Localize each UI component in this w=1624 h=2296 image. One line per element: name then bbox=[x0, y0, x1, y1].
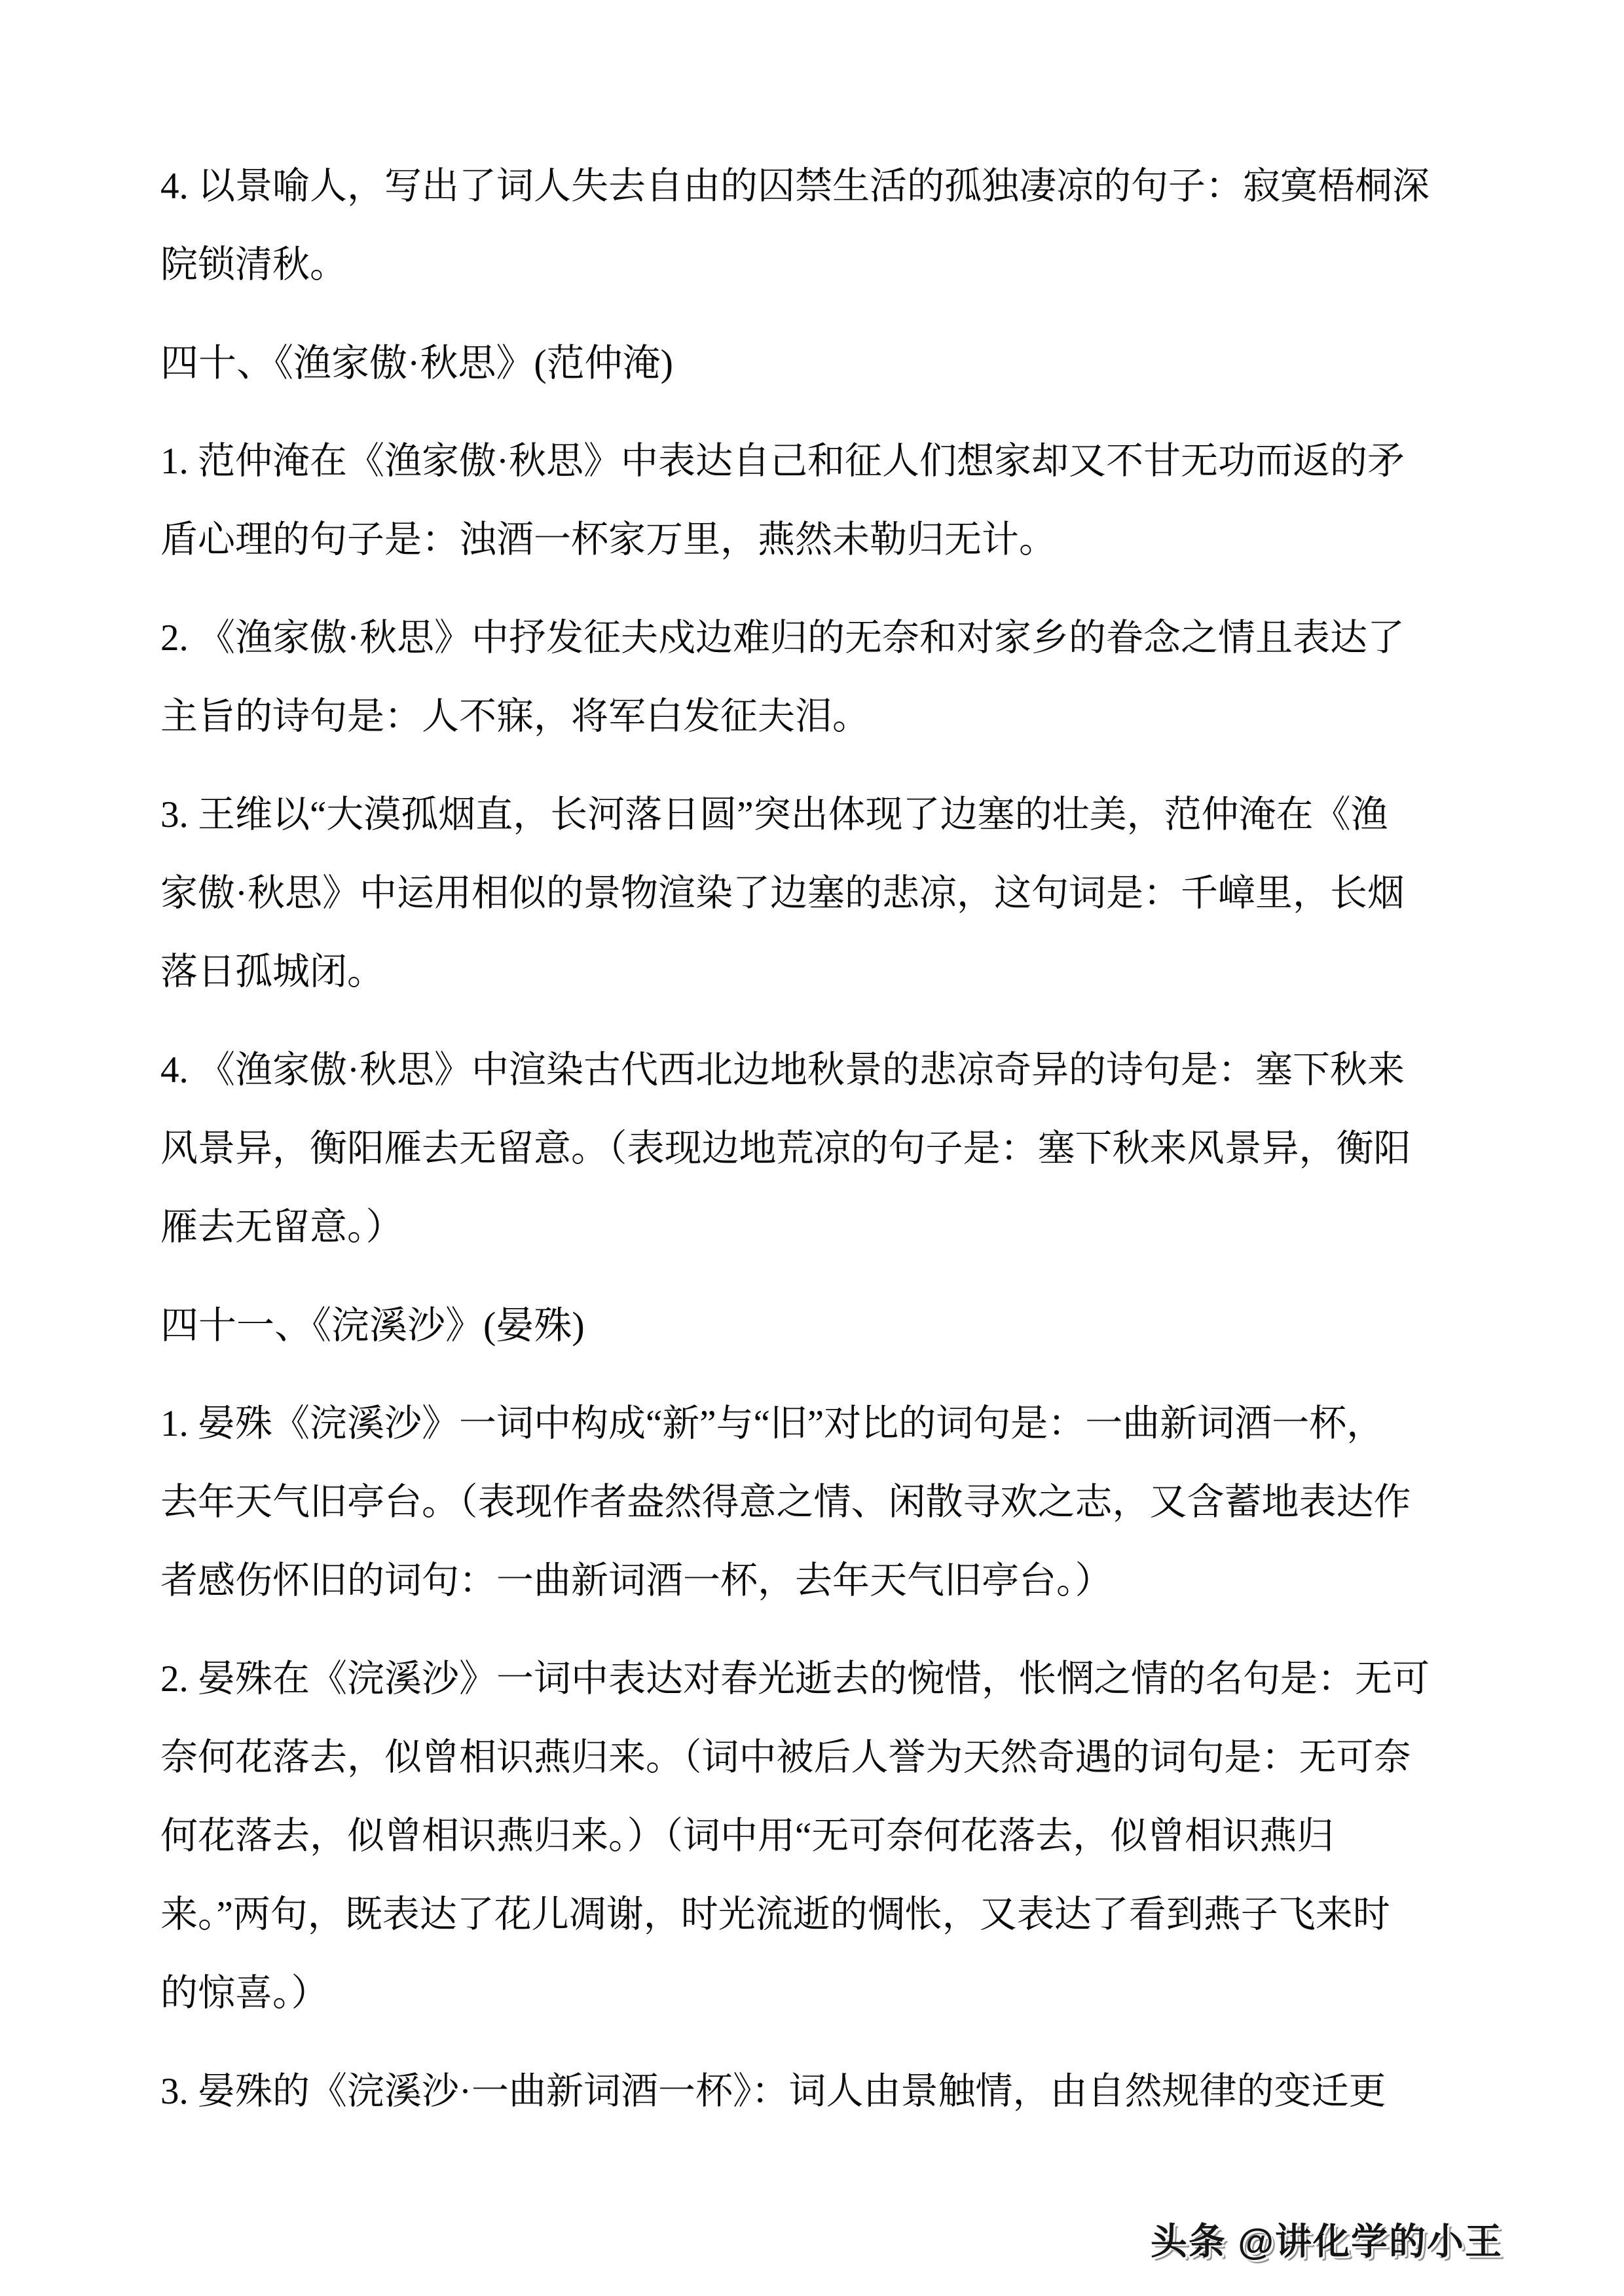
text-line: 主旨的诗句是：人不寐，将军白发征夫泪。 bbox=[160, 678, 1470, 756]
document-body: 4. 以景喻人，写出了词人失去自由的囚禁生活的孤独凄凉的句子：寂寞梧桐深 院锁清… bbox=[160, 147, 1470, 2151]
paragraph-item-3-yujiaao: 3. 王维以“大漠孤烟直，长河落日圆”突出体现了边塞的壮美，范仲淹在《渔 家傲·… bbox=[160, 776, 1470, 1011]
paragraph-item-3-huanxisha: 3. 晏殊的《浣溪沙·一曲新词酒一杯》：词人由景触情，由自然规律的变迁更 bbox=[160, 2052, 1470, 2131]
text-line: 2. 《渔家傲·秋思》中抒发征夫戍边难归的无奈和对家乡的眷念之情且表达了 bbox=[160, 599, 1470, 678]
text-line: 来。”两句，既表达了花儿凋谢，时光流逝的惆怅，又表达了看到燕子飞来时 bbox=[160, 1876, 1470, 1954]
toutiao-watermark: 头条 @讲化学的小王 bbox=[1151, 2213, 1503, 2265]
text-line: 4. 《渔家傲·秋思》中渲染古代西北边地秋景的悲凉奇异的诗句是：塞下秋来 bbox=[160, 1031, 1470, 1110]
text-line: 3. 王维以“大漠孤烟直，长河落日圆”突出体现了边塞的壮美，范仲淹在《渔 bbox=[160, 776, 1470, 854]
text-line: 盾心理的句子是：浊酒一杯家万里，燕然未勒归无计。 bbox=[160, 501, 1470, 579]
heading-line: 四十一、《浣溪沙》(晏殊) bbox=[160, 1286, 1470, 1365]
paragraph-item-2-yujiaao: 2. 《渔家傲·秋思》中抒发征夫戍边难归的无奈和对家乡的眷念之情且表达了 主旨的… bbox=[160, 599, 1470, 756]
text-line: 奈何花落去，似曾相识燕归来。（词中被后人誉为天然奇遇的词句是：无可奈 bbox=[160, 1719, 1470, 1797]
text-line: 雁去无留意。） bbox=[160, 1188, 1470, 1267]
text-line: 何花落去，似曾相识燕归来。）（词中用“无可奈何花落去，似曾相识燕归 bbox=[160, 1797, 1470, 1876]
text-line: 者感伤怀旧的词句：一曲新词酒一杯，去年天气旧亭台。） bbox=[160, 1542, 1470, 1620]
text-line: 1. 晏殊《浣溪沙》一词中构成“新”与“旧”对比的词句是：一曲新词酒一杯， bbox=[160, 1385, 1470, 1463]
section-heading-40-yujiaao-qiusi: 四十、《渔家傲·秋思》(范仲淹) bbox=[160, 324, 1470, 403]
paragraph-item-1-yujiaao: 1. 范仲淹在《渔家傲·秋思》中表达自己和征人们想家却又不甘无功而返的矛 盾心理… bbox=[160, 422, 1470, 579]
paragraph-item-4-prev-section: 4. 以景喻人，写出了词人失去自由的囚禁生活的孤独凄凉的句子：寂寞梧桐深 院锁清… bbox=[160, 147, 1470, 304]
paragraph-item-1-huanxisha: 1. 晏殊《浣溪沙》一词中构成“新”与“旧”对比的词句是：一曲新词酒一杯， 去年… bbox=[160, 1385, 1470, 1620]
text-line: 2. 晏殊在《浣溪沙》一词中表达对春光逝去的惋惜，怅惘之情的名句是：无可 bbox=[160, 1640, 1470, 1719]
text-line: 家傲·秋思》中运用相似的景物渲染了边塞的悲凉，这句词是：千嶂里，长烟 bbox=[160, 854, 1470, 933]
section-heading-41-huanxisha: 四十一、《浣溪沙》(晏殊) bbox=[160, 1286, 1470, 1365]
text-line: 去年天气旧亭台。（表现作者盎然得意之情、闲散寻欢之志，又含蓄地表达作 bbox=[160, 1463, 1470, 1542]
text-line: 1. 范仲淹在《渔家傲·秋思》中表达自己和征人们想家却又不甘无功而返的矛 bbox=[160, 422, 1470, 501]
document-page: { "document": { "paragraphs": [ { "role"… bbox=[0, 0, 1624, 2296]
text-line: 院锁清秋。 bbox=[160, 226, 1470, 304]
text-line: 3. 晏殊的《浣溪沙·一曲新词酒一杯》：词人由景触情，由自然规律的变迁更 bbox=[160, 2052, 1470, 2131]
paragraph-item-2-huanxisha: 2. 晏殊在《浣溪沙》一词中表达对春光逝去的惋惜，怅惘之情的名句是：无可 奈何花… bbox=[160, 1640, 1470, 2033]
text-line: 4. 以景喻人，写出了词人失去自由的囚禁生活的孤独凄凉的句子：寂寞梧桐深 bbox=[160, 147, 1470, 226]
paragraph-item-4-yujiaao: 4. 《渔家傲·秋思》中渲染古代西北边地秋景的悲凉奇异的诗句是：塞下秋来 风景异… bbox=[160, 1031, 1470, 1267]
heading-line: 四十、《渔家傲·秋思》(范仲淹) bbox=[160, 324, 1470, 403]
text-line: 风景异，衡阳雁去无留意。（表现边地荒凉的句子是：塞下秋来风景异，衡阳 bbox=[160, 1110, 1470, 1188]
text-line: 的惊喜。） bbox=[160, 1954, 1470, 2033]
text-line: 落日孤城闭。 bbox=[160, 933, 1470, 1011]
